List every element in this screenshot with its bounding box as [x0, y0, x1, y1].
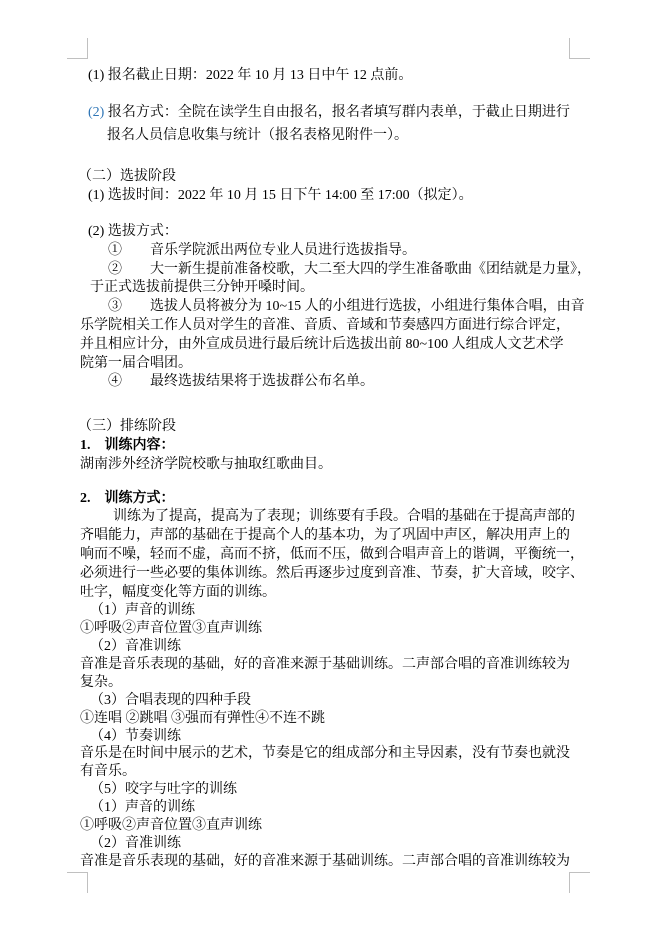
text-line: （2）音准训练 [0, 638, 654, 656]
text-line-content: 报名方式：全院在读学生自由报名，报名者填写群内表单，于截止日期进行 [104, 105, 570, 120]
text-line: 音准是音乐表现的基础，好的音准来源于基础训练。二声部合唱的音准训练较为 [0, 656, 654, 674]
text-line: 湖南涉外经济学院校歌与抽取红歌曲目。 [0, 456, 654, 475]
text-line-content: 有音乐。 [80, 764, 136, 779]
text-line: ④ 最终选拔结果将于选拔群公布名单。 [0, 373, 654, 392]
text-line-content: 并且相应计分，由外宣成员进行最后统计后选拔出前 80~100 人组成人文艺术学 [80, 337, 564, 352]
text-line: （4）节奏训练 [0, 728, 654, 746]
text-line: 有音乐。 [0, 763, 654, 781]
text-line-content: （1）声音的训练 [90, 603, 195, 618]
text-line: ①呼吸②声音位置③直声训练 [0, 620, 654, 638]
text-line-content: （1）声音的训练 [90, 800, 195, 815]
text-line-content: （3）合唱表现的四种手段 [90, 693, 251, 708]
margin-crop-mark-top-right [569, 38, 590, 59]
document-body: (1) 报名截止日期：2022 年 10 月 13 日中午 12 点前。(2) … [0, 67, 654, 871]
list-number-label: (2) [88, 105, 104, 120]
text-line: (1) 报名截止日期：2022 年 10 月 13 日中午 12 点前。 [0, 67, 654, 86]
text-line-content: (2) 选拔方式： [88, 224, 178, 239]
text-line: (2) 选拔方式： [0, 223, 654, 242]
text-line-content: ①呼吸②声音位置③直声训练 [80, 621, 262, 636]
text-line: ①呼吸②声音位置③直声训练 [0, 817, 654, 835]
text-line: 于正式选拔前提供三分钟开嗓时间。 [0, 279, 654, 298]
text-line-content: （2）音准训练 [90, 836, 181, 851]
text-line: （1）声音的训练 [0, 799, 654, 817]
text-line: (2) 报名方式：全院在读学生自由报名，报名者填写群内表单，于截止日期进行 [0, 104, 654, 123]
text-line: （3）合唱表现的四种手段 [0, 692, 654, 710]
text-line-content: 响而不噪，轻而不虚，高而不挤，低而不压，做到合唱声音上的谐调，平衡统一， [80, 547, 584, 562]
text-line: （二）选拔阶段 [0, 168, 654, 187]
text-line-content: 训练为了提高，提高为了表现；训练要有手段。合唱的基础在于提高声部的 [113, 509, 575, 524]
text-line-content: 音乐是在时间中展示的艺术，节奏是它的组成部分和主导因素，没有节奏也就没 [80, 746, 570, 761]
text-line: 报名人员信息收集与统计（报名表格见附件一）。 [0, 127, 654, 146]
text-line: 吐字，幅度变化等方面的训练。 [0, 584, 654, 603]
text-line-content: 吐字，幅度变化等方面的训练。 [80, 585, 276, 600]
document-page: (1) 报名截止日期：2022 年 10 月 13 日中午 12 点前。(2) … [0, 0, 654, 930]
text-line: (1) 选拔时间：2022 年 10 月 15 日下午 14:00 至 17:0… [0, 187, 654, 206]
text-line: 音乐是在时间中展示的艺术，节奏是它的组成部分和主导因素，没有节奏也就没 [0, 745, 654, 763]
text-line-content: ①呼吸②声音位置③直声训练 [80, 818, 262, 833]
text-line-content: (1) 选拔时间：2022 年 10 月 15 日下午 14:00 至 17:0… [88, 188, 473, 203]
text-line-content: 于正式选拔前提供三分钟开嗓时间。 [90, 280, 314, 295]
text-line-content: ③ 选拔人员将被分为 10~15 人的小组进行选拔，小组进行集体合唱，由音 [108, 299, 585, 314]
text-line: 2. 训练方式： [0, 490, 654, 509]
text-line-content: 乐学院相关工作人员对学生的音准、音质、音域和节奏感四方面进行综合评定， [80, 318, 570, 333]
text-line-content: ①连唱 ②跳唱 ③强而有弹性④不连不跳 [80, 711, 325, 726]
text-line-content: 必须进行一些必要的集体训练。然后再逐步过度到音准、节奏，扩大音域，咬字、 [80, 566, 584, 581]
text-line: 1. 训练内容： [0, 437, 654, 456]
text-line: 必须进行一些必要的集体训练。然后再逐步过度到音准、节奏，扩大音域，咬字、 [0, 565, 654, 584]
margin-crop-mark-bottom-right [569, 872, 590, 893]
text-line: ①连唱 ②跳唱 ③强而有弹性④不连不跳 [0, 710, 654, 728]
text-line-content: （2）音准训练 [90, 639, 181, 654]
text-line: （1）声音的训练 [0, 602, 654, 620]
text-line-content: 湖南涉外经济学院校歌与抽取红歌曲目。 [80, 457, 332, 472]
text-line-content: 复杂。 [80, 675, 122, 690]
text-line: 齐唱能力，声部的基础在于提高个人的基本功，为了巩固中声区，解决用声上的 [0, 527, 654, 546]
text-line-content: ① 音乐学院派出两位专业人员进行选拔指导。 [108, 243, 416, 258]
text-line-content: 1. 训练内容： [80, 438, 175, 453]
text-line-content: (1) 报名截止日期：2022 年 10 月 13 日中午 12 点前。 [88, 68, 412, 83]
text-line: （三）排练阶段 [0, 418, 654, 437]
text-line: 音准是音乐表现的基础，好的音准来源于基础训练。二声部合唱的音准训练较为 [0, 853, 654, 871]
text-line-content: （4）节奏训练 [90, 729, 181, 744]
text-line-content: （二）选拔阶段 [78, 169, 176, 184]
text-line: ③ 选拔人员将被分为 10~15 人的小组进行选拔，小组进行集体合唱，由音 [0, 298, 654, 317]
text-line: 乐学院相关工作人员对学生的音准、音质、音域和节奏感四方面进行综合评定， [0, 317, 654, 336]
text-line-content: 2. 训练方式： [80, 491, 175, 506]
text-line-content: 院第一届合唱团。 [80, 356, 192, 371]
margin-crop-mark-top-left [67, 38, 88, 59]
text-line-content: （三）排练阶段 [78, 419, 176, 434]
text-line: ① 音乐学院派出两位专业人员进行选拔指导。 [0, 242, 654, 261]
text-line-content: 音准是音乐表现的基础，好的音准来源于基础训练。二声部合唱的音准训练较为 [80, 854, 570, 869]
text-line-content: ② 大一新生提前准备校歌，大二至大四的学生准备歌曲《团结就是力量》， [108, 262, 591, 277]
text-line: 复杂。 [0, 674, 654, 692]
text-line-content: 音准是音乐表现的基础，好的音准来源于基础训练。二声部合唱的音准训练较为 [80, 657, 570, 672]
text-line-content: 齐唱能力，声部的基础在于提高个人的基本功，为了巩固中声区，解决用声上的 [80, 528, 570, 543]
text-line: 训练为了提高，提高为了表现；训练要有手段。合唱的基础在于提高声部的 [0, 508, 654, 527]
text-line-content: （5）咬字与吐字的训练 [90, 782, 237, 797]
text-line-content: ④ 最终选拔结果将于选拔群公布名单。 [108, 374, 374, 389]
margin-crop-mark-bottom-left [67, 872, 88, 893]
text-line: ② 大一新生提前准备校歌，大二至大四的学生准备歌曲《团结就是力量》， [0, 261, 654, 280]
text-line: （5）咬字与吐字的训练 [0, 781, 654, 799]
text-line: （2）音准训练 [0, 835, 654, 853]
text-line: 并且相应计分，由外宣成员进行最后统计后选拔出前 80~100 人组成人文艺术学 [0, 336, 654, 355]
text-line: 院第一届合唱团。 [0, 355, 654, 374]
text-line: 响而不噪，轻而不虚，高而不挤，低而不压，做到合唱声音上的谐调，平衡统一， [0, 546, 654, 565]
text-line-content: 报名人员信息收集与统计（报名表格见附件一）。 [107, 128, 408, 143]
